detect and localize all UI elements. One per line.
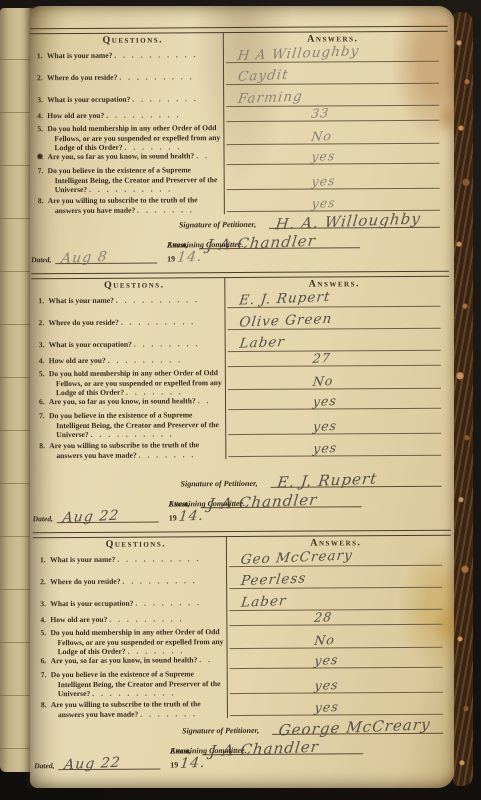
question-row-4: 4.How old are you? . . . . . . . . . xyxy=(40,355,224,366)
dot-leader: . . . . . . . . . xyxy=(122,576,197,585)
handwritten-answer: yes xyxy=(313,440,339,456)
question-label: What is your occupation? xyxy=(47,95,130,105)
question-row-8: 8.Are you willing to subscribe to the tr… xyxy=(40,440,224,460)
handwritten-answer: yes xyxy=(314,699,340,715)
handwritten-answer: No xyxy=(312,373,334,389)
answer-line-name: H A Willoughby xyxy=(226,38,439,63)
question-row-3: 3.What is your occupation? . . . . . . .… xyxy=(41,598,225,609)
dated-row: Dated, Aug 22 19 14. xyxy=(33,504,442,527)
answer-line-membership: No xyxy=(228,368,441,390)
question-row-1: 1.What is your name? . . . . . . . . . . xyxy=(39,295,223,306)
answer-line-health: yes xyxy=(230,649,443,669)
question-number: 4. xyxy=(37,111,43,121)
question-number: 1. xyxy=(40,555,46,565)
question-number: 6. xyxy=(38,152,44,162)
question-label: What is your name? xyxy=(48,296,114,305)
handwritten-answer: No xyxy=(314,632,336,648)
question-number: 8. xyxy=(41,700,47,710)
column-divider xyxy=(224,277,227,459)
question-number: 3. xyxy=(39,340,45,350)
question-number: 6. xyxy=(41,656,47,666)
answer-line-residence: Peerless xyxy=(229,567,442,589)
dot-leader: . . xyxy=(199,655,212,664)
question-label: What is your name? xyxy=(50,555,116,564)
question-row-3: 3.What is your occupation? . . . . . . .… xyxy=(38,94,222,105)
answer-line-belief: yes xyxy=(230,669,443,694)
dot-leader: . . xyxy=(196,151,209,160)
ledger-scan: Questions. Answers. 1.What is your name?… xyxy=(0,0,481,800)
handwritten-answer: yes xyxy=(311,148,337,164)
question-number: 5. xyxy=(39,369,45,379)
dot-leader: . . . . . . . . . . xyxy=(116,295,200,305)
question-label: Where do you reside? xyxy=(50,577,120,586)
handwritten-answer: Caydit xyxy=(237,67,290,85)
answer-line-age: 33 xyxy=(226,102,439,122)
questions-header: Questions. xyxy=(59,279,209,291)
dated-label: Dated, xyxy=(33,514,53,523)
question-label: Where do you reside? xyxy=(47,73,117,82)
petition-page: Questions. Answers. 1.What is your name?… xyxy=(30,6,454,788)
answer-line-belief: yes xyxy=(228,410,441,435)
question-number: 7. xyxy=(41,670,47,680)
answer-line-age: 28 xyxy=(229,606,442,626)
handwritten-answer: Peerless xyxy=(240,570,307,589)
column-divider xyxy=(223,32,226,214)
question-label: Are you, so far as you know, in sound he… xyxy=(48,151,195,161)
question-number: 8. xyxy=(39,441,45,451)
question-number: 1. xyxy=(37,51,43,61)
question-row-5: 5.Do you hold membership in any other Or… xyxy=(40,368,224,398)
dot-leader: . . . . . . . . . xyxy=(106,110,181,119)
handwritten-answer: yes xyxy=(314,677,340,693)
question-number: 6. xyxy=(39,397,45,407)
dot-leader: . . . . . . . . . . xyxy=(92,689,176,699)
answer-line-name: Geo McCreary xyxy=(229,542,442,567)
handwritten-answer: yes xyxy=(311,173,337,189)
question-label: What is your name? xyxy=(47,51,113,60)
answer-line-health: yes xyxy=(226,145,439,165)
question-row-2: 2.Where do you reside? . . . . . . . . . xyxy=(41,576,225,587)
handwritten-date: Aug 22 xyxy=(62,508,120,526)
handwritten-year: 14. xyxy=(176,249,203,266)
handwritten-answer: yes xyxy=(314,652,340,668)
handwritten-answer: E. J. Rupert xyxy=(238,289,331,309)
question-number: 5. xyxy=(37,124,43,134)
answer-line-membership: No xyxy=(226,123,439,145)
dot-leader: . . . . . . . xyxy=(139,450,196,459)
year-prefix: 19 xyxy=(169,513,177,522)
question-label: What is your occupation? xyxy=(50,599,133,609)
answer-line-membership: No xyxy=(229,627,442,649)
column-divider xyxy=(226,536,229,718)
dot-leader: . . . . . . . . . xyxy=(121,317,196,326)
question-row-1: 1.What is your name? . . . . . . . . . . xyxy=(38,50,222,61)
answer-line-residence: Olive Green xyxy=(227,308,440,330)
answer-line-truth: yes xyxy=(230,694,443,716)
question-label: How old are you? xyxy=(50,615,107,624)
marbled-cover-edge xyxy=(453,12,473,786)
petitioner-signature: E. J. Rupert xyxy=(276,469,378,491)
question-row-2: 2.Where do you reside? . . . . . . . . . xyxy=(40,317,224,328)
handwritten-date: Aug 8 xyxy=(60,249,109,267)
question-row-3: 3.What is your occupation? . . . . . . .… xyxy=(40,339,224,350)
dated-row: Dated, Aug 8 19 14. xyxy=(31,245,440,268)
question-number: 2. xyxy=(37,73,43,83)
question-number: 5. xyxy=(40,628,46,638)
question-label: Where do you reside? xyxy=(49,318,119,327)
year-prefix: 19 xyxy=(167,254,175,263)
dated-label: Dated, xyxy=(34,761,54,770)
dot-leader: . . . . . . . . . . xyxy=(114,50,198,60)
dot-leader: . . . . . . . . xyxy=(134,339,200,348)
petition-form-2: Questions. Answers. 1.What is your name?… xyxy=(30,271,454,533)
handwritten-answer: 33 xyxy=(311,105,331,121)
year-prefix: 19 xyxy=(170,760,178,769)
question-row-2: 2.Where do you reside? . . . . . . . . . xyxy=(38,72,222,83)
question-row-6: 6.Are you, so far as you know, in sound … xyxy=(39,151,223,162)
question-number: 2. xyxy=(40,577,46,587)
signature-label: Signature of Petitioner, xyxy=(182,726,259,735)
dot-leader: . . . . . . . . . xyxy=(119,72,194,81)
dot-leader: . . . . . . . . . . xyxy=(89,185,173,195)
question-number: 3. xyxy=(40,599,46,609)
question-number: 3. xyxy=(37,95,43,105)
question-row-5: 5.Do you hold membership in any other Or… xyxy=(38,123,222,153)
handwritten-answer: yes xyxy=(312,393,338,409)
handwritten-answer: H A Willoughby xyxy=(237,43,361,64)
question-row-5: 5.Do you hold membership in any other Or… xyxy=(41,627,225,657)
question-label: How old are you? xyxy=(49,356,106,365)
question-label: What is your occupation? xyxy=(49,340,132,350)
answer-line-truth: yes xyxy=(228,435,441,457)
handwritten-answer: No xyxy=(311,128,333,144)
handwritten-answer: 27 xyxy=(312,350,332,366)
handwritten-answer: Geo McCreary xyxy=(240,547,354,568)
question-number: 7. xyxy=(38,166,44,176)
question-number: 8. xyxy=(38,196,44,206)
answer-line-age: 27 xyxy=(228,347,441,367)
answer-line-health: yes xyxy=(228,390,441,410)
handwritten-year: 14. xyxy=(179,755,206,772)
answer-line-name: E. J. Rupert xyxy=(227,283,440,308)
handwritten-answer: yes xyxy=(312,418,338,434)
dot-leader: . . . . . . . . . xyxy=(109,614,184,623)
dot-leader: . . xyxy=(198,396,211,405)
question-number: 4. xyxy=(40,615,46,625)
question-row-4: 4.How old are you? . . . . . . . . . xyxy=(41,614,225,625)
dot-leader: . . . . . . . . . . xyxy=(91,430,175,440)
dated-label: Dated, xyxy=(31,255,51,264)
dot-leader: . . . . . . . . . xyxy=(108,355,183,364)
dot-leader: . . . . . . . . xyxy=(135,598,201,607)
question-label: Are you, so far as you know, in sound he… xyxy=(51,655,198,665)
dot-leader: . . . . . . . . xyxy=(132,94,198,103)
question-label: Are you, so far as you know, in sound he… xyxy=(49,396,196,406)
question-number: 4. xyxy=(39,356,45,366)
petition-form-1: Questions. Answers. 1.What is your name?… xyxy=(30,26,453,274)
dated-row: Dated, Aug 22 19 14. xyxy=(34,751,443,774)
handwritten-answer: 28 xyxy=(314,609,334,625)
petition-form-3: Questions. Answers. 1.What is your name?… xyxy=(31,530,454,780)
answer-line-belief: yes xyxy=(227,165,440,190)
signature-label: Signature of Petitioner, xyxy=(179,220,256,229)
question-number: 7. xyxy=(39,411,45,421)
question-row-6: 6.Are you, so far as you know, in sound … xyxy=(40,396,224,407)
question-label: How old are you? xyxy=(47,111,104,120)
signature-label: Signature of Petitioner, xyxy=(181,479,258,488)
questions-header: Questions. xyxy=(58,34,208,46)
question-row-7: 7.Do you believe in the existence of a S… xyxy=(39,165,223,195)
handwritten-date: Aug 22 xyxy=(63,755,121,773)
question-row-7: 7.Do you believe in the existence of a S… xyxy=(42,669,226,699)
question-row-6: 6.Are you, so far as you know, in sound … xyxy=(42,655,226,666)
question-number: 1. xyxy=(38,296,44,306)
question-row-7: 7.Do you believe in the existence of a S… xyxy=(40,410,224,440)
answer-line-residence: Caydit xyxy=(226,63,439,85)
question-number: 2. xyxy=(39,318,45,328)
questions-header: Questions. xyxy=(61,538,211,550)
handwritten-answer: Olive Green xyxy=(238,311,333,331)
handwritten-year: 14. xyxy=(178,508,205,525)
question-row-4: 4.How old are you? . . . . . . . . . xyxy=(38,110,222,121)
dot-leader: . . . . . . . . . . xyxy=(117,554,201,564)
question-row-1: 1.What is your name? . . . . . . . . . . xyxy=(41,554,225,565)
